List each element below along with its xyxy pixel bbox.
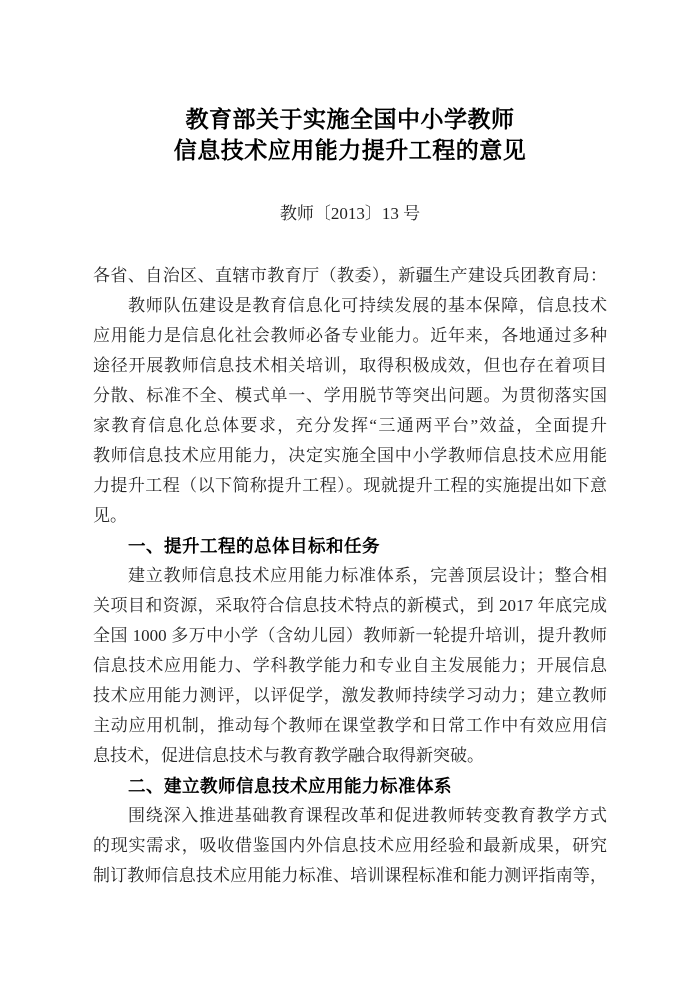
body-line: 主动应用机制，推动每个教师在课堂教学和日常工作中有效应用信 [93,711,607,741]
document-body: 各省、自治区、直辖市教育厅（教委），新疆生产建设兵团教育局： 教师队伍建设是教育… [93,261,607,891]
document-title: 教育部关于实施全国中小学教师 信息技术应用能力提升工程的意见 [93,0,607,166]
section-heading-1: 一、提升工程的总体目标和任务 [93,531,607,561]
body-line: 建立教师信息技术应用能力标准体系，完善顶层设计；整合相 [93,561,607,591]
doc-number: 教师〔2013〕13 号 [93,199,607,229]
body-line: 全国 1000 多万中小学（含幼儿园）教师新一轮提升培训，提升教师 [93,621,607,651]
body-line: 见。 [93,501,607,531]
body-line: 的现实需求，吸收借鉴国内外信息技术应用经验和最新成果，研究 [93,831,607,861]
body-line: 分散、标准不全、模式单一、学用脱节等突出问题。为贯彻落实国 [93,381,607,411]
body-line: 教师信息技术应用能力，决定实施全国中小学教师信息技术应用能 [93,441,607,471]
body-line: 家教育信息化总体要求，充分发挥“三通两平台”效益，全面提升 [93,411,607,441]
body-line: 力提升工程（以下简称提升工程）。现就提升工程的实施提出如下意 [93,471,607,501]
body-line: 制订教师信息技术应用能力标准、培训课程标准和能力测评指南等， [93,861,607,891]
section-heading-2: 二、建立教师信息技术应用能力标准体系 [93,771,607,801]
body-line: 信息技术应用能力、学科教学能力和专业自主发展能力；开展信息 [93,651,607,681]
body-line: 技术应用能力测评，以评促学，激发教师持续学习动力；建立教师 [93,681,607,711]
body-line: 关项目和资源，采取符合信息技术特点的新模式，到 2017 年底完成 [93,591,607,621]
document-content: 教育部关于实施全国中小学教师 信息技术应用能力提升工程的意见 教师〔2013〕1… [93,0,607,891]
body-line: 教师队伍建设是教育信息化可持续发展的基本保障，信息技术 [93,291,607,321]
body-line: 途径开展教师信息技术相关培训，取得积极成效，但也存在着项目 [93,351,607,381]
document-title-line-1: 教育部关于实施全国中小学教师 [93,104,607,135]
body-line: 围绕深入推进基础教育课程改革和促进教师转变教育教学方式 [93,801,607,831]
salutation-line: 各省、自治区、直辖市教育厅（教委），新疆生产建设兵团教育局： [93,261,607,291]
body-line: 息技术，促进信息技术与教育教学融合取得新突破。 [93,741,607,771]
document-page: 教育部关于实施全国中小学教师 信息技术应用能力提升工程的意见 教师〔2013〕1… [0,0,700,993]
body-line: 应用能力是信息化社会教师必备专业能力。近年来，各地通过多种 [93,321,607,351]
document-title-line-2: 信息技术应用能力提升工程的意见 [93,135,607,166]
